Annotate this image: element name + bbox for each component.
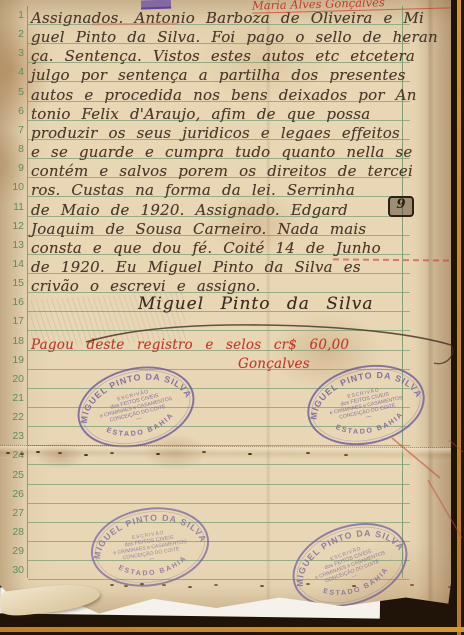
line-number: 30	[6, 564, 24, 576]
svg-text:—: —	[149, 556, 156, 563]
svg-text:—: —	[365, 413, 372, 420]
ruled-line-row: 7produzir os seus juridicos e legaes eff…	[28, 120, 410, 140]
cut-stamp-fragment	[141, 0, 171, 10]
line-number: 15	[6, 277, 24, 289]
line-number: 27	[6, 507, 24, 519]
line-number: 4	[6, 66, 24, 78]
ruled-line-row: 13consta e que dou fé. Coité 14 de Junho	[28, 235, 410, 255]
dirt-speckles	[110, 584, 114, 586]
ruled-line-row: 6tonio Felix d'Araujo, afim de que possa	[28, 101, 410, 121]
pencil-smudge	[29, 292, 186, 348]
line-number: 11	[6, 201, 24, 213]
scan-frame-right-edge	[457, 0, 461, 635]
line-number: 23	[6, 430, 24, 442]
line-number: 12	[6, 220, 24, 232]
line-number: 14	[6, 258, 24, 270]
ink-blot-mark: 9	[388, 196, 414, 217]
line-number: 28	[6, 526, 24, 538]
ruled-line-row: 12Joaquim de Sousa Carneiro. Nada mais	[28, 216, 410, 236]
ruled-line-row: 4julgo por sentença a partilha dos prese…	[28, 62, 410, 82]
line-number: 26	[6, 488, 24, 500]
ruled-line-row: 26	[28, 484, 410, 504]
ruled-line-row: 15crivão o escrevi e assigno.	[28, 273, 410, 293]
svg-text:—: —	[136, 415, 143, 422]
line-number: 2	[6, 28, 24, 40]
line-number: 13	[6, 239, 24, 251]
line-number: 10	[6, 181, 24, 193]
ruled-line-row: 10ros. Custas na forma da lei. Serrinha	[28, 177, 410, 197]
ruled-line-row: 5autos e procedida nos bens deixados por…	[28, 82, 410, 102]
horizontal-crease	[0, 445, 451, 460]
ruled-line-row: 11de Maio de 1920. Assignado. Edgard	[28, 197, 410, 217]
ruled-line-row: 3ça. Sentença. Vistos estes autos etc et…	[28, 43, 410, 63]
ruled-line-row: 2guel Pinto da Silva. Foi pago o sello d…	[28, 24, 410, 44]
line-number: 5	[6, 86, 24, 98]
scan-frame-bottom-edge	[0, 627, 464, 632]
line-number: 9	[6, 162, 24, 174]
line-number: 20	[6, 373, 24, 385]
scanned-notary-register-page: Maria Alves Gonçalves 1Assignados. Anton…	[0, 0, 464, 635]
line-number: 1	[6, 9, 24, 21]
line-number: 16	[6, 296, 24, 308]
line-number: 29	[6, 545, 24, 557]
line-number: 3	[6, 47, 24, 59]
line-number: 18	[6, 335, 24, 347]
ruled-line-row: 9contém e salvos porem os direitos de te…	[28, 158, 410, 178]
line-number: 8	[6, 143, 24, 155]
dirt-speckles	[6, 452, 10, 454]
ruled-line-row: 25	[28, 465, 410, 485]
line-number: 19	[6, 354, 24, 366]
paper-sheet: Maria Alves Gonçalves 1Assignados. Anton…	[0, 0, 451, 616]
ruled-line-row: 8e se guarde e cumpra tudo quanto nella …	[28, 139, 410, 159]
line-number: 22	[6, 411, 24, 423]
line-number: 7	[6, 124, 24, 136]
line-number: 17	[6, 315, 24, 327]
line-number: 25	[6, 469, 24, 481]
line-number: 21	[6, 392, 24, 404]
line-number: 6	[6, 105, 24, 117]
svg-text:—: —	[351, 573, 359, 581]
